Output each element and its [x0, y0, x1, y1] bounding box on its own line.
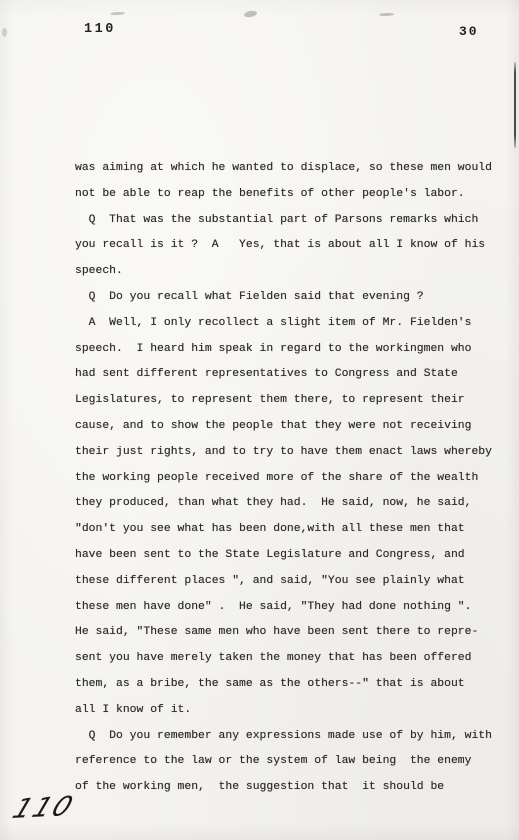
text-line: all I know of it.: [75, 698, 503, 724]
text-line: they produced, than what they had. He sa…: [75, 491, 503, 517]
text-line: Q Do you recall what Fielden said that e…: [75, 285, 503, 311]
smudge-mark: [2, 28, 7, 37]
smudge-mark: [244, 10, 258, 18]
text-line: of the working men, the suggestion that …: [75, 775, 503, 801]
text-line: Legislatures, to represent them there, t…: [75, 388, 503, 414]
text-line: He said, "These same men who have been s…: [75, 620, 503, 646]
page-number-left: 110: [84, 22, 116, 37]
text-line: have been sent to the State Legislature …: [75, 543, 503, 569]
text-line: these men have done" . He said, "They ha…: [75, 595, 503, 621]
text-line: had sent different representatives to Co…: [75, 362, 503, 388]
margin-pen-mark: [514, 62, 516, 148]
transcript-text: was aiming at which he wanted to displac…: [75, 156, 503, 801]
text-line: cause, and to show the people that they …: [75, 414, 503, 440]
text-line: the working people received more of the …: [75, 466, 503, 492]
text-line: A Well, I only recollect a slight item o…: [75, 311, 503, 337]
smudge-mark: [379, 13, 394, 17]
text-line: their just rights, and to try to have th…: [75, 440, 503, 466]
text-line: was aiming at which he wanted to displac…: [75, 156, 503, 182]
handwritten-page-number: 110: [8, 791, 79, 825]
document-page: 110 30 was aiming at which he wanted to …: [0, 0, 519, 840]
text-line: Q Do you remember any expressions made u…: [75, 724, 503, 750]
text-line: them, as a bribe, the same as the others…: [75, 672, 503, 698]
text-line: "don't you see what has been done,with a…: [75, 517, 503, 543]
text-line: you recall is it ? A Yes, that is about …: [75, 233, 503, 259]
text-line: speech. I heard him speak in regard to t…: [75, 337, 503, 363]
text-line: not be able to reap the benefits of othe…: [75, 182, 503, 208]
text-line: sent you have merely taken the money tha…: [75, 646, 503, 672]
page-number-right: 30: [459, 24, 479, 39]
smudge-mark: [110, 12, 125, 16]
text-line: speech.: [75, 259, 503, 285]
text-line: reference to the law or the system of la…: [75, 749, 503, 775]
text-line: these different places ", and said, "You…: [75, 569, 503, 595]
text-line: Q That was the substantial part of Parso…: [75, 208, 503, 234]
